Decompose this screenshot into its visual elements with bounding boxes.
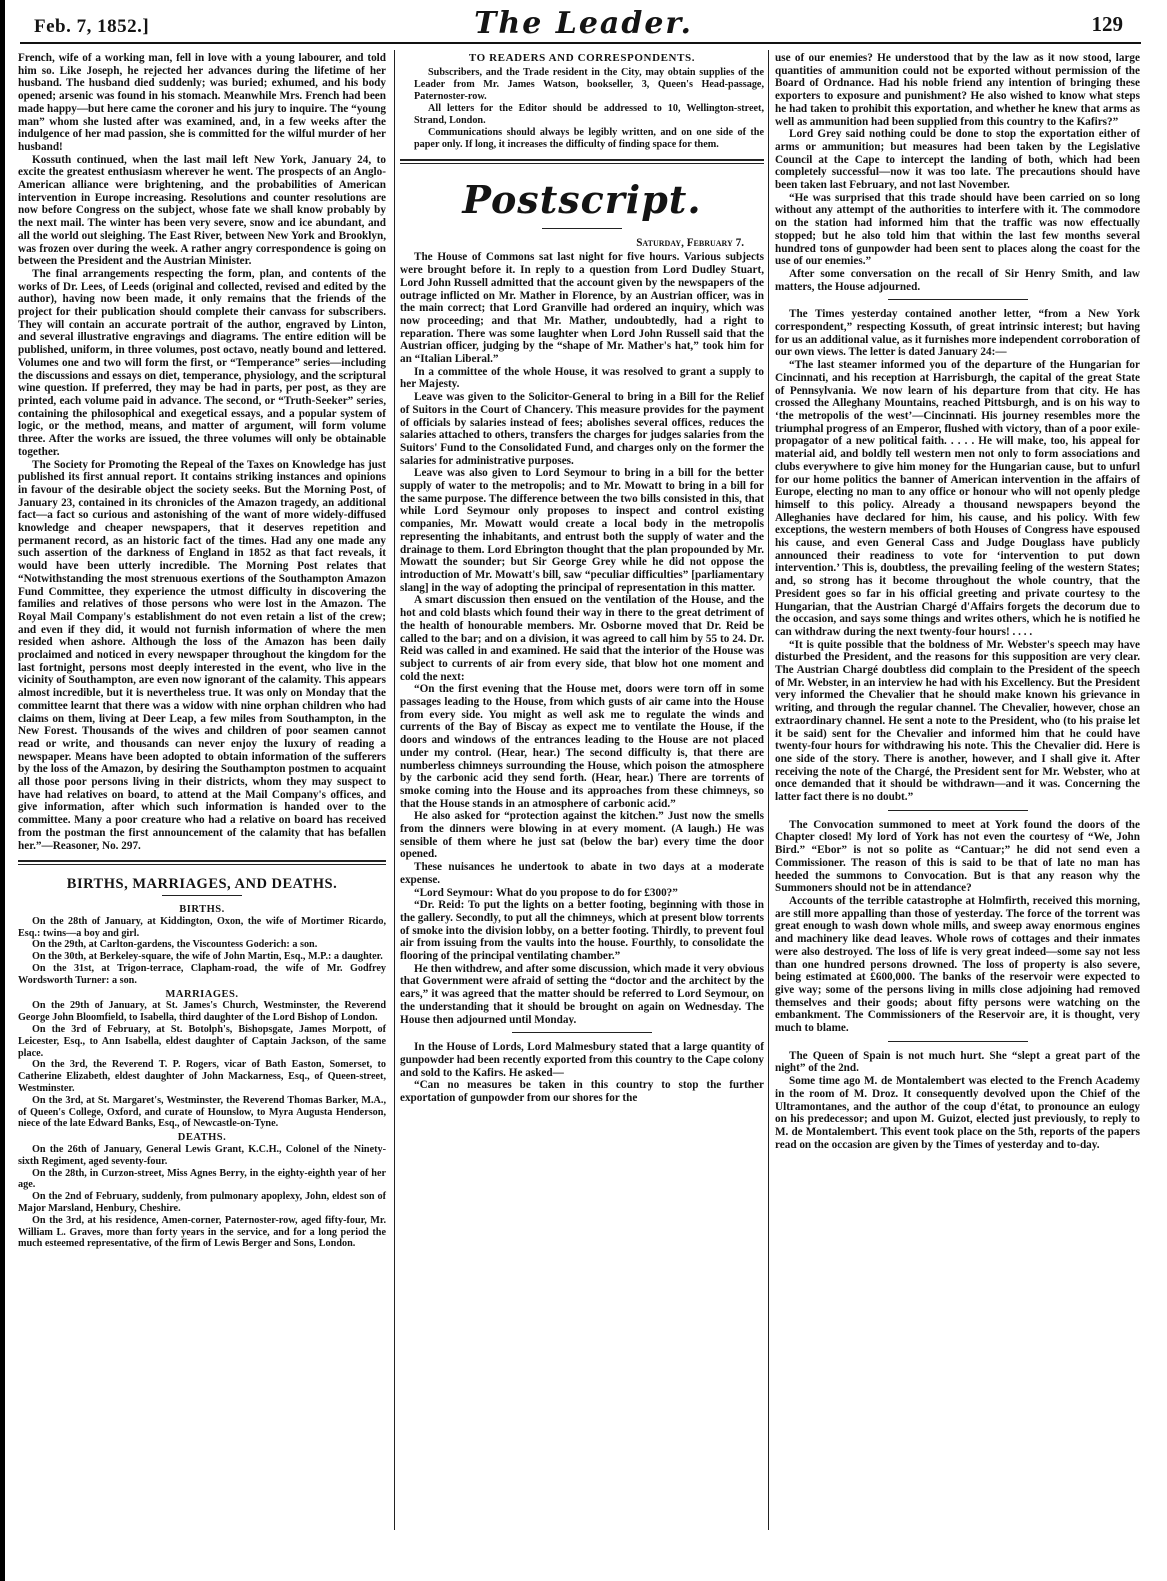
marriage-notice: On the 3rd, the Reverend T. P. Rogers, v… (18, 1059, 386, 1094)
column-2: TO READERS AND CORRESPONDENTS. Subscribe… (400, 52, 764, 1572)
article-paragraph: “He was surprised that this trade should… (775, 192, 1140, 268)
article-paragraph: “On the first evening that the House met… (400, 683, 764, 810)
article-paragraph: The House of Commons sat last night for … (400, 251, 764, 365)
article-paragraph: He also asked for “protection against th… (400, 810, 764, 861)
article-paragraph: “The last steamer informed you of the de… (775, 359, 1140, 638)
death-notice: On the 28th, in Curzon-street, Miss Agne… (18, 1168, 386, 1192)
marriage-notice: On the 3rd, at St. Margaret's, Westminst… (18, 1095, 386, 1130)
dateline: Saturday, February 7. (400, 237, 764, 250)
column-3: use of our enemies? He understood that b… (775, 52, 1140, 1572)
article-paragraph: “Lord Seymour: What do you propose to do… (400, 887, 764, 900)
postscript-title: Postscript. (400, 178, 764, 222)
notice-item: Communications should always be legibly … (400, 127, 764, 151)
article-paragraph: “Can no measures be taken in this countr… (400, 1079, 764, 1104)
article-paragraph: After some conversation on the recall of… (775, 268, 1140, 293)
article-paragraph: Leave was given to the Solicitor-General… (400, 391, 764, 467)
article-paragraph: These nuisances he undertook to abate in… (400, 861, 764, 886)
marriage-notice: On the 29th of January, at St. James's C… (18, 1000, 386, 1024)
article-paragraph: He then withdrew, and after some discuss… (400, 963, 764, 1027)
article-paragraph: The Times yesterday contained another le… (775, 308, 1140, 359)
article-paragraph: “Dr. Reid: To put the lights on a better… (400, 899, 764, 963)
article-paragraph: “It is quite possible that the boldness … (775, 639, 1140, 804)
death-notice: On the 26th of January, General Lewis Gr… (18, 1144, 386, 1168)
article-paragraph: The final arrangements respecting the fo… (18, 268, 386, 459)
section-rule (888, 299, 1028, 300)
death-notice: On the 2nd of February, suddenly, from p… (18, 1191, 386, 1215)
readers-notice: TO READERS AND CORRESPONDENTS. Subscribe… (400, 52, 764, 151)
column-1: French, wife of a working man, fell in l… (18, 52, 386, 1572)
births-marriages-deaths: BIRTHS, MARRIAGES, AND DEATHS. BIRTHS. O… (18, 879, 386, 1250)
article-paragraph: Kossuth continued, when the last mail le… (18, 154, 386, 268)
section-rule (888, 810, 1028, 811)
marriage-notice: On the 3rd of February, at St. Botolph's… (18, 1024, 386, 1059)
article-paragraph: In the House of Lords, Lord Malmesbury s… (400, 1041, 764, 1079)
birth-notice: On the 29th, at Carlton-gardens, the Vis… (18, 939, 386, 951)
page-number: 129 (1092, 12, 1124, 37)
death-notice: On the 3rd, at his residence, Amen-corne… (18, 1215, 386, 1250)
marriages-heading: MARRIAGES. (18, 989, 386, 1001)
article-paragraph: In a committee of the whole House, it wa… (400, 366, 764, 391)
masthead: Feb. 7, 1852.] The Leader. 129 (20, 0, 1147, 42)
masthead-rule (20, 42, 1141, 44)
section-heading: BIRTHS, MARRIAGES, AND DEATHS. (18, 879, 386, 891)
heading-rule (542, 228, 622, 229)
section-rule (18, 860, 386, 865)
births-heading: BIRTHS. (18, 904, 386, 916)
heading-rule (162, 895, 242, 896)
scan-edge (0, 0, 5, 1581)
article-paragraph: A smart discussion then ensued on the ve… (400, 594, 764, 683)
article-paragraph: Accounts of the terrible catastrophe at … (775, 895, 1140, 1035)
section-rule (888, 1041, 1028, 1042)
birth-notice: On the 31st, at Trigon-terrace, Clapham-… (18, 963, 386, 987)
column-divider (768, 50, 769, 1530)
article-paragraph: use of our enemies? He understood that b… (775, 52, 1140, 128)
newspaper-title: The Leader. (20, 6, 1147, 41)
article-paragraph: French, wife of a working man, fell in l… (18, 52, 386, 154)
column-divider (394, 50, 395, 1530)
section-rule (400, 159, 764, 164)
article-paragraph: The Convocation summoned to meet at York… (775, 819, 1140, 895)
deaths-heading: DEATHS. (18, 1132, 386, 1144)
article-paragraph: Some time ago M. de Montalembert was ele… (775, 1075, 1140, 1151)
section-rule (512, 1032, 652, 1033)
birth-notice: On the 28th of January, at Kiddington, O… (18, 916, 386, 940)
notice-heading: TO READERS AND CORRESPONDENTS. (400, 52, 764, 65)
article-paragraph: Lord Grey said nothing could be done to … (775, 128, 1140, 192)
article-paragraph: The Society for Promoting the Repeal of … (18, 459, 386, 853)
article-paragraph: The Queen of Spain is not much hurt. She… (775, 1050, 1140, 1075)
article-paragraph: Leave was also given to Lord Seymour to … (400, 467, 764, 594)
birth-notice: On the 30th, at Berkeley-square, the wif… (18, 951, 386, 963)
notice-item: All letters for the Editor should be add… (400, 103, 764, 127)
notice-item: Subscribers, and the Trade resident in t… (400, 67, 764, 103)
